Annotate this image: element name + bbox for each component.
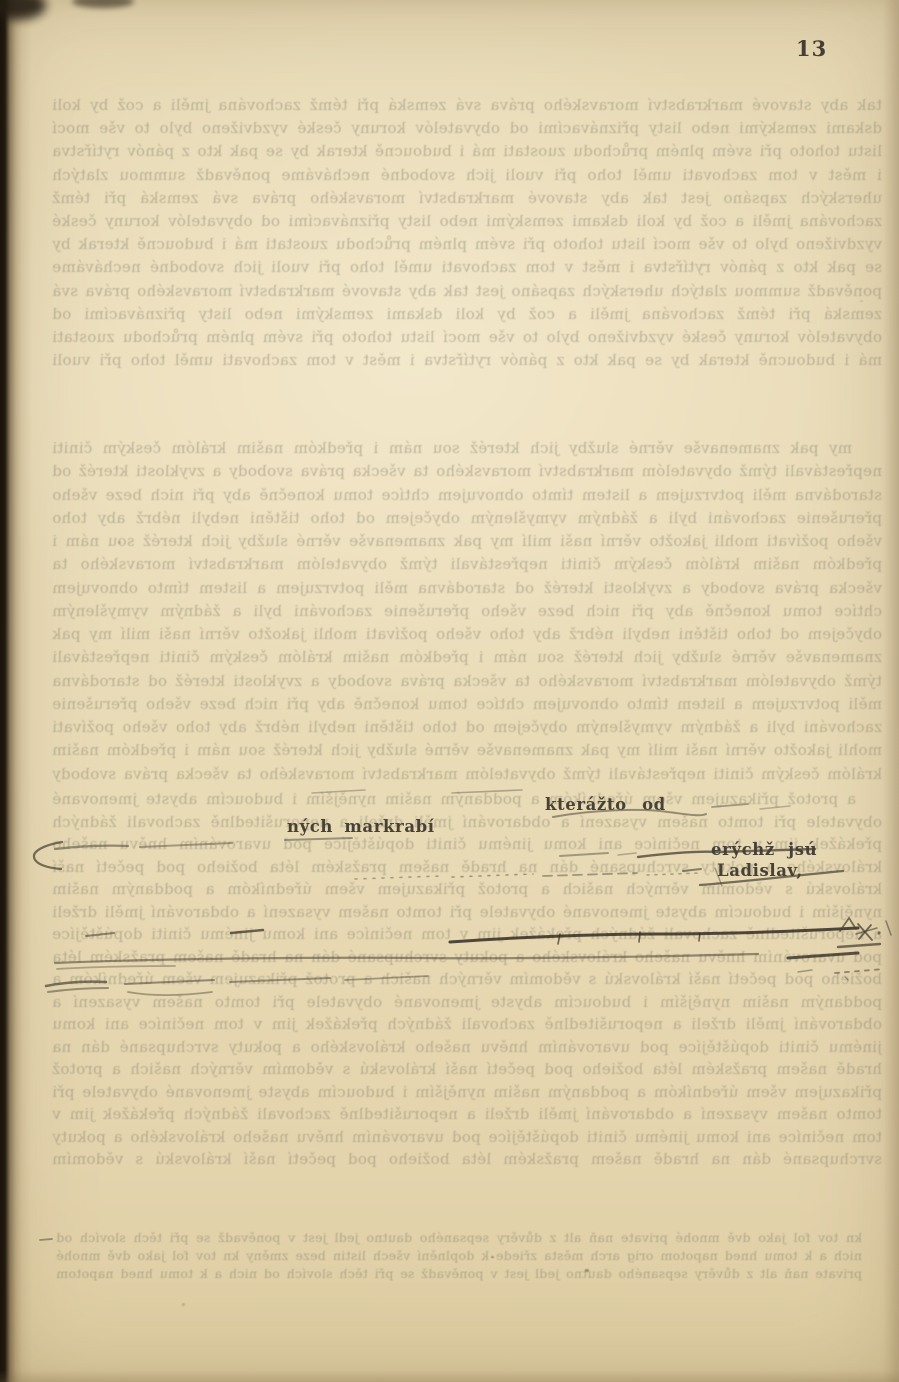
pencil-dotted-underline (355, 873, 700, 879)
scanned-book-page: 13 tak aby stavové markrabství moravskéh… (0, 0, 899, 1382)
pencil-strikethrough-row-b (55, 944, 880, 969)
pencil-footnote-dash (40, 1239, 52, 1240)
pencil-strikethrough-row-c (46, 976, 428, 995)
pencil-annotations-overlay (0, 0, 899, 1382)
pencil-margin-paren (34, 842, 62, 869)
pencil-light-strokes (55, 790, 790, 856)
pencil-strikethrough-dark-a (86, 928, 858, 944)
pencil-fragment-strikethrough (638, 849, 843, 886)
pencil-dots-row (798, 969, 884, 980)
